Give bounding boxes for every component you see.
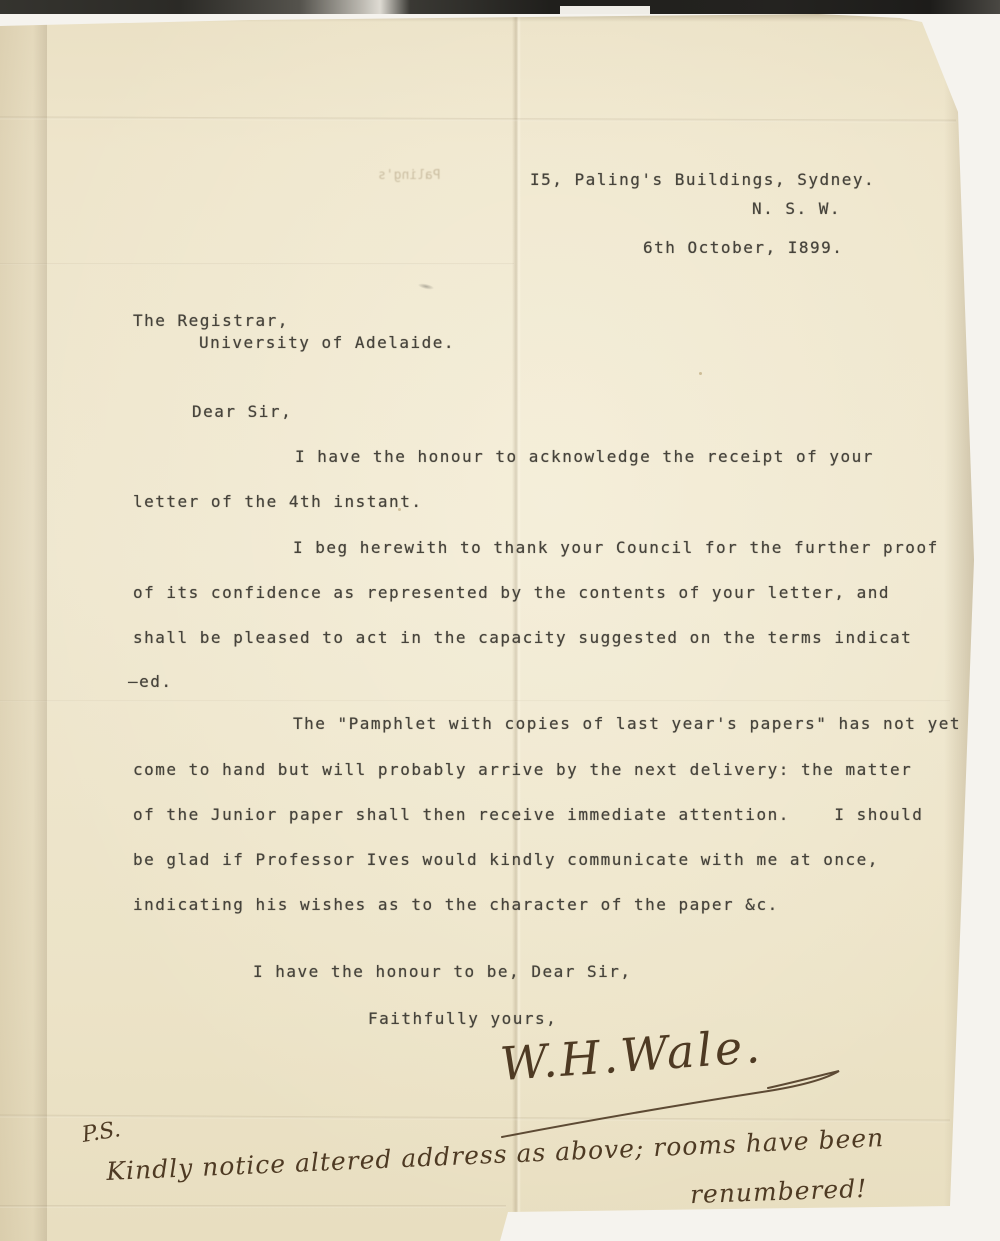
scanner-edge-bar xyxy=(0,0,1000,14)
sender-address-line1: I5, Paling's Buildings, Sydney. xyxy=(530,170,875,189)
recipient-line1: The Registrar, xyxy=(133,311,289,330)
ink-bleedthrough-text: Paling's xyxy=(378,168,441,183)
postscript-label: P.S. xyxy=(80,1117,122,1148)
body-line: –ed. xyxy=(128,672,173,691)
paper-speck xyxy=(699,372,702,375)
body-line: The "Pamphlet with copies of last year's… xyxy=(293,714,961,733)
salutation: Dear Sir, xyxy=(192,402,292,421)
horizontal-crease xyxy=(0,1205,506,1208)
postscript-line2: renumbered! xyxy=(690,1174,868,1209)
body-line: indicating his wishes as to the characte… xyxy=(133,895,779,914)
paper-edge-shadow-top xyxy=(0,14,960,22)
body-line: letter of the 4th instant. xyxy=(133,492,422,511)
letter-date: 6th October, I899. xyxy=(643,238,843,257)
recipient-line2: University of Adelaide. xyxy=(199,333,455,352)
horizontal-crease xyxy=(0,263,514,265)
left-fold-shade xyxy=(0,20,47,1241)
sender-address-line2: N. S. W. xyxy=(752,199,841,218)
body-line: I beg herewith to thank your Council for… xyxy=(293,538,939,557)
center-fold-crease xyxy=(512,16,521,1212)
body-line: of the Junior paper shall then receive i… xyxy=(133,805,923,824)
body-line: shall be pleased to act in the capacity … xyxy=(133,628,912,647)
closing-line1: I have the honour to be, Dear Sir, xyxy=(253,962,632,981)
signature: W.H.Wale. xyxy=(498,1019,764,1091)
body-line: come to hand but will probably arrive by… xyxy=(133,760,912,779)
ink-smudge xyxy=(418,282,435,290)
body-line: of its confidence as represented by the … xyxy=(133,583,890,602)
horizontal-crease xyxy=(0,1115,950,1123)
horizontal-crease xyxy=(0,116,956,122)
scanner-edge-bar-notch xyxy=(560,6,650,14)
body-line: be glad if Professor Ives would kindly c… xyxy=(133,850,879,869)
closing-line2: Faithfully yours, xyxy=(368,1009,557,1028)
body-line: I have the honour to acknowledge the rec… xyxy=(295,447,874,466)
paper-edge-shadow-right xyxy=(944,20,974,1210)
letter-paper: Paling's I5, Paling's Buildings, Sydney.… xyxy=(0,0,1000,1241)
horizontal-crease xyxy=(0,700,950,702)
